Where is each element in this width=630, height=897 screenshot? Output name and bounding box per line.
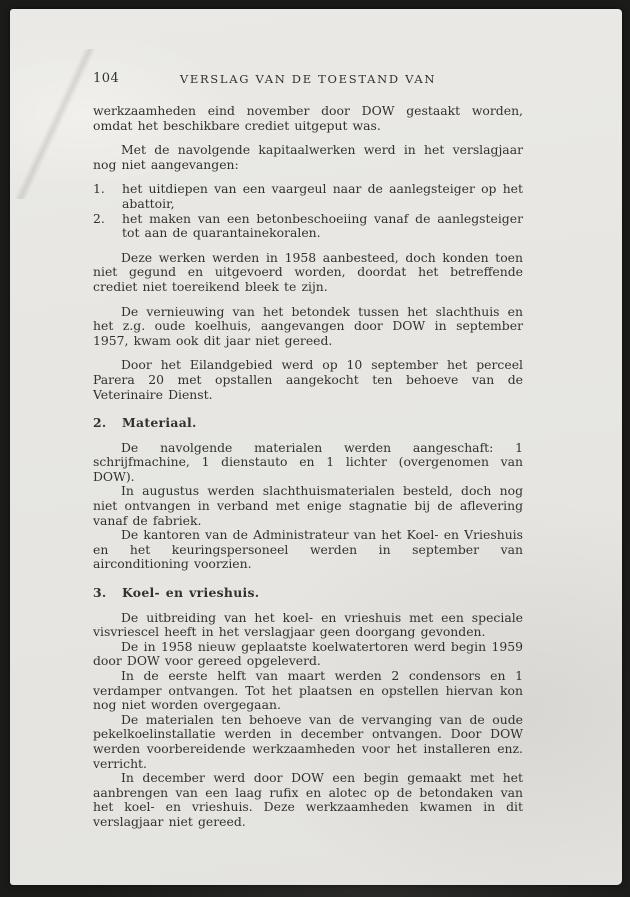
paragraph: Deze werken werden in 1958 aanbesteed, d… xyxy=(93,251,523,295)
running-header: 104 VERSLAG VAN DE TOESTAND VAN xyxy=(93,71,523,87)
list-item: 1.het uitdiepen van een vaargeul naar de… xyxy=(93,182,523,211)
section-number: 3. xyxy=(93,586,122,601)
list-item-text: het uitdiepen van een vaargeul naar de a… xyxy=(122,182,523,211)
paragraph: De uitbreiding van het koel- en vrieshui… xyxy=(93,611,523,640)
paragraph: Met de navolgende kapitaalwerken werd in… xyxy=(93,143,523,172)
paragraph: In augustus werden slachthuismaterialen … xyxy=(93,484,523,528)
list-item: 2.het maken van een betonbeschoeiing van… xyxy=(93,212,523,241)
section-title: Koel- en vrieshuis. xyxy=(122,586,259,601)
paragraph: In de eerste helft van maart werden 2 co… xyxy=(93,669,523,713)
paragraph: In december werd door DOW een begin gema… xyxy=(93,771,523,829)
page-number: 104 xyxy=(93,71,119,86)
paragraph: werkzaamheden eind november door DOW ges… xyxy=(93,104,523,133)
section-title: Materiaal. xyxy=(122,416,197,431)
document-body: werkzaamheden eind november door DOW ges… xyxy=(93,104,523,830)
list-item-number: 1. xyxy=(93,182,122,211)
paragraph: De materialen ten behoeve van de vervang… xyxy=(93,713,523,771)
paragraph: De in 1958 nieuw geplaatste koelwatertor… xyxy=(93,640,523,669)
list-item-number: 2. xyxy=(93,212,122,241)
photo-backdrop: 104 VERSLAG VAN DE TOESTAND VAN werkzaam… xyxy=(0,0,630,897)
running-title: VERSLAG VAN DE TOESTAND VAN xyxy=(93,71,523,86)
paragraph: De kantoren van de Administrateur van he… xyxy=(93,528,523,572)
paragraph: Door het Eilandgebied werd op 10 septemb… xyxy=(93,358,523,402)
section-heading: 2.Materiaal. xyxy=(93,416,523,431)
paragraph: De navolgende materialen werden aangesch… xyxy=(93,441,523,485)
page-content: 104 VERSLAG VAN DE TOESTAND VAN werkzaam… xyxy=(93,71,523,830)
section-heading: 3.Koel- en vrieshuis. xyxy=(93,586,523,601)
section-number: 2. xyxy=(93,416,122,431)
paragraph: De vernieuwing van het betondek tussen h… xyxy=(93,305,523,349)
list-item-text: het maken van een betonbeschoeiing vanaf… xyxy=(122,212,523,241)
document-page: 104 VERSLAG VAN DE TOESTAND VAN werkzaam… xyxy=(10,9,622,885)
